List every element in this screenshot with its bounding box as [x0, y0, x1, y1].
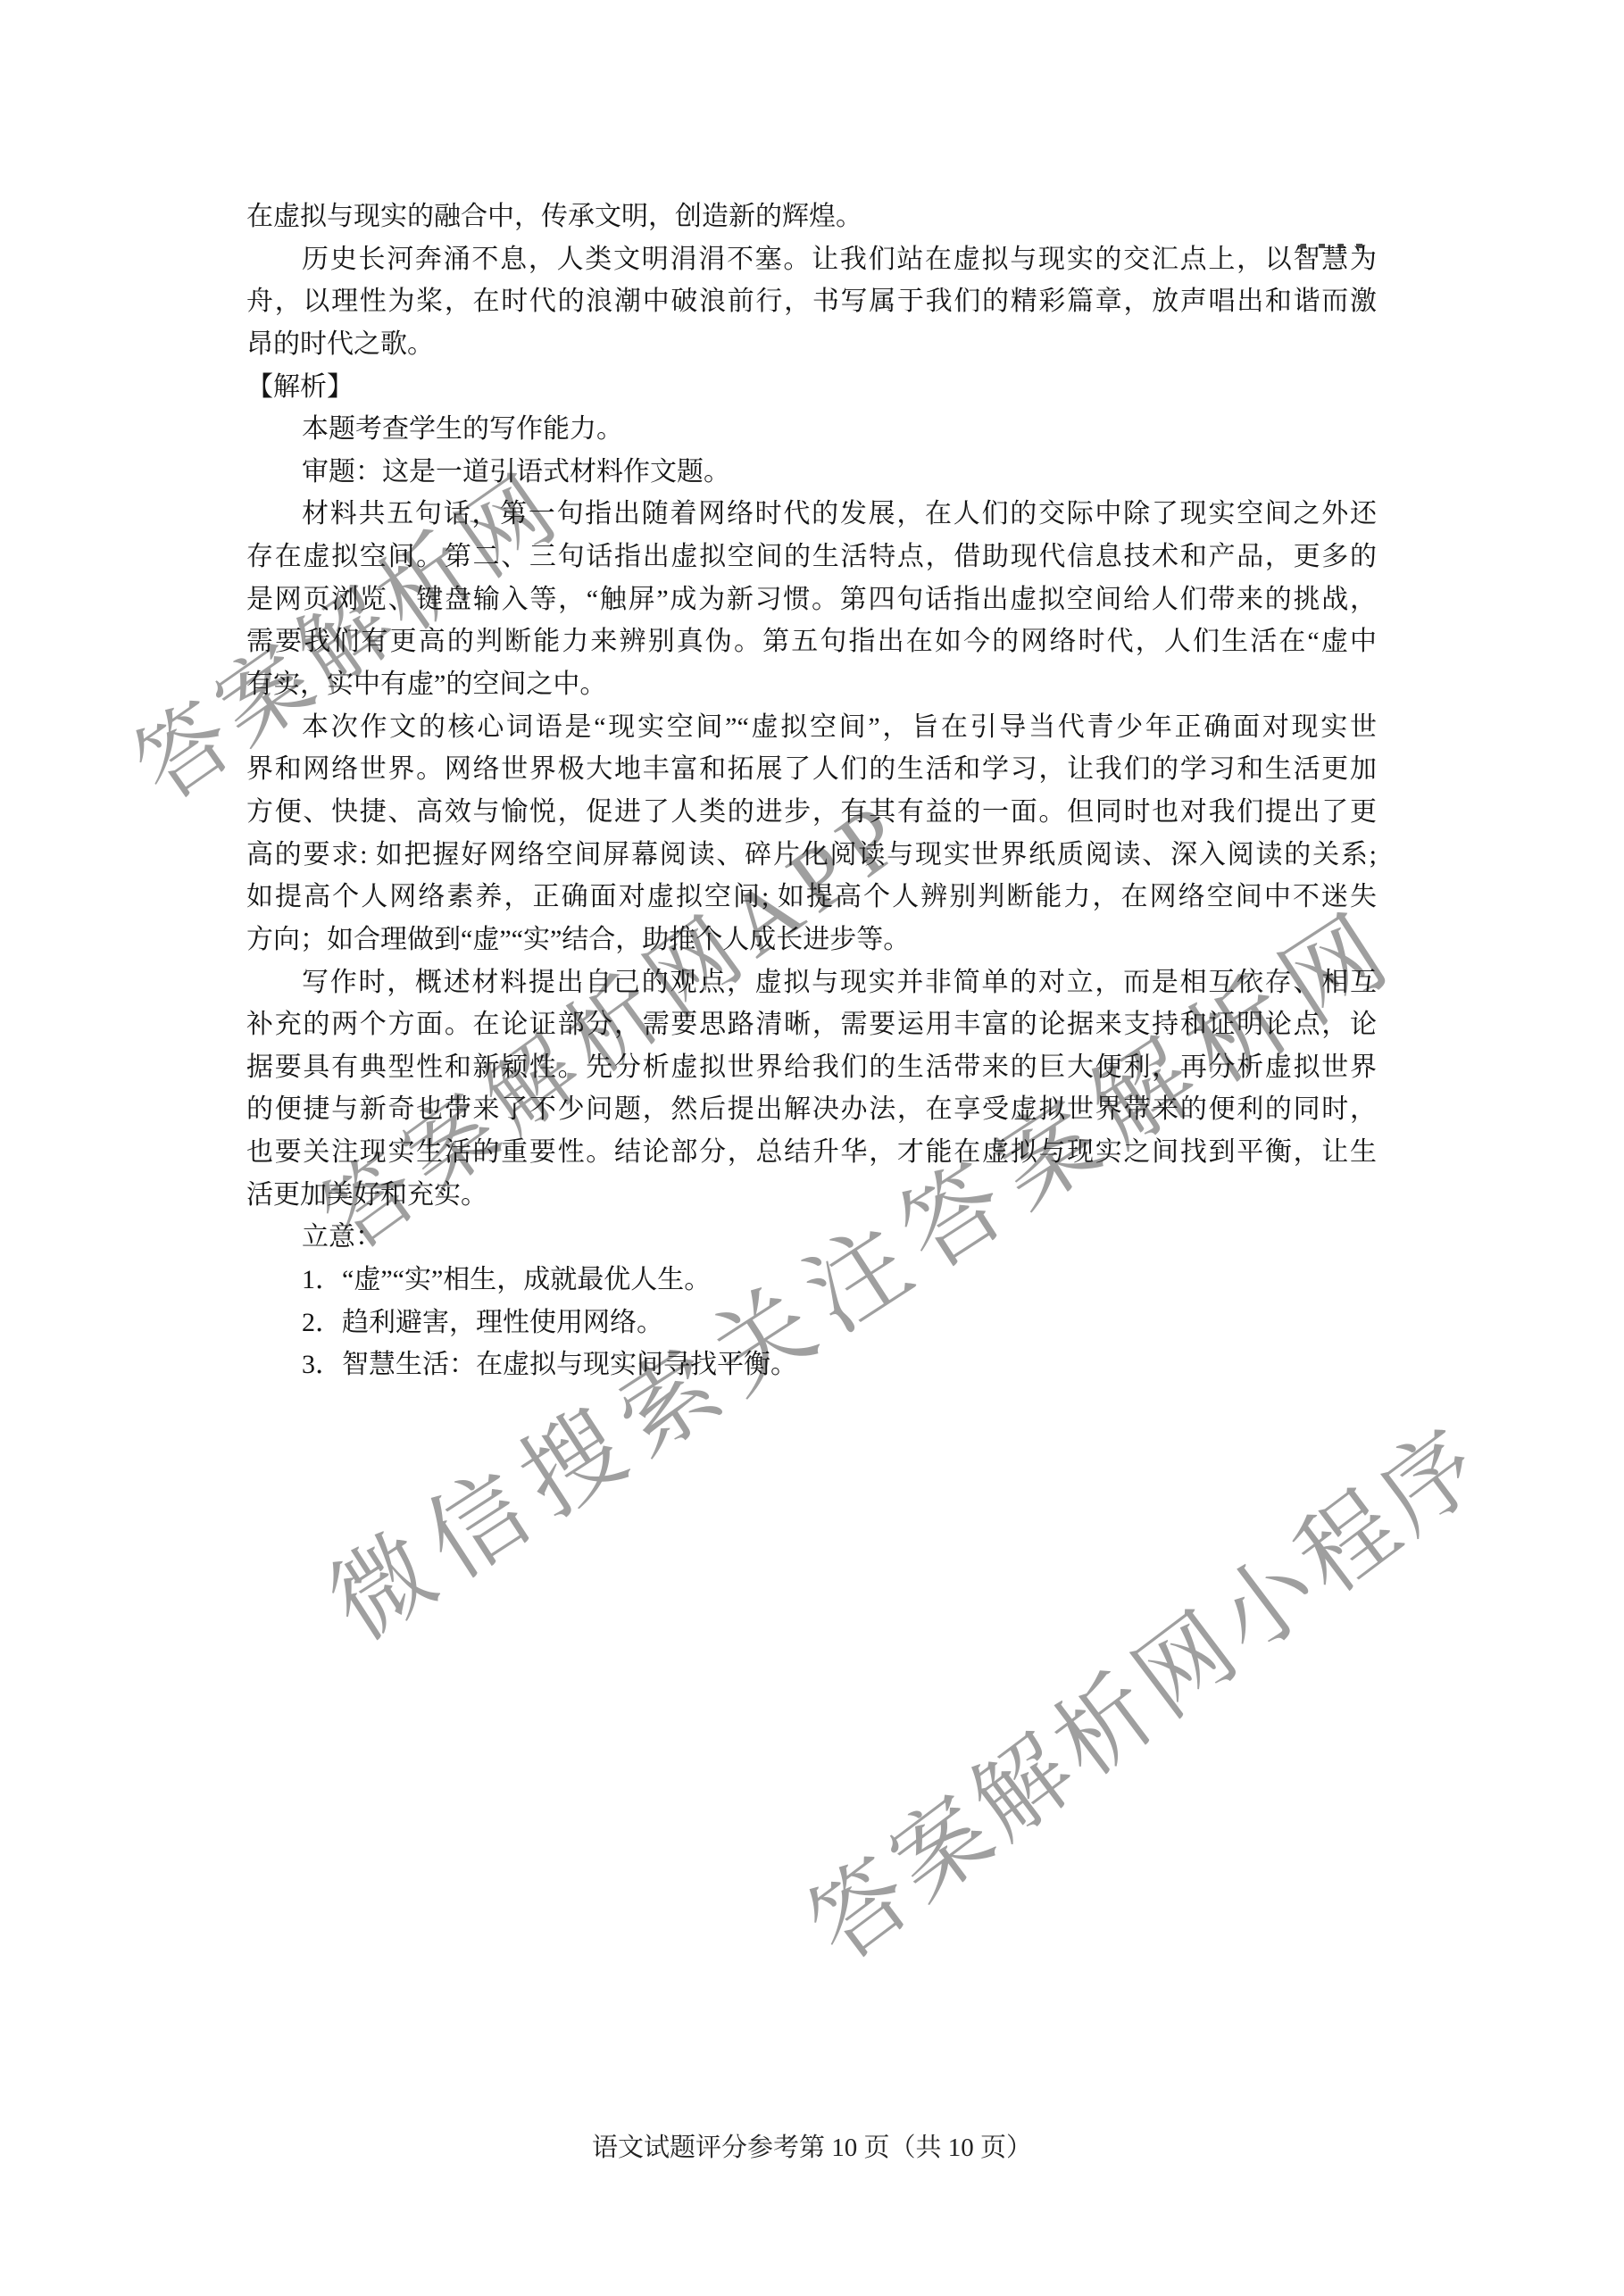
scan-artifact [1300, 244, 1370, 248]
text-line: 据要具有典型性和新颖性。先分析虚拟世界给我们的生活带来的巨大便利，再分析虚拟世界 [246, 1046, 1377, 1089]
text-line: 写作时，概述材料提出自己的观点，虚拟与现实并非简单的对立，而是相互依存、相互 [246, 961, 1377, 1004]
text-line: 立意： [246, 1216, 1377, 1259]
text-line: 如提高个人网络素养，正确面对虚拟空间; 如提高个人辨别判断能力，在网络空间中不迷… [246, 876, 1377, 919]
text-line: 历史长河奔涌不息，人类文明涓涓不塞。让我们站在虚拟与现实的交汇点上，以智慧为 [246, 238, 1377, 281]
text-line: 也要关注现实生活的重要性。结论部分，总结升华，才能在虚拟与现实之间找到平衡，让生 [246, 1131, 1377, 1174]
text-line: 的便捷与新奇也带来了不少问题，然后提出解决办法，在享受虚拟世界带来的便利的同时， [246, 1088, 1377, 1131]
text-line: 2．趋利避害，理性使用网络。 [246, 1302, 1377, 1344]
document-page: 答案解析网 答案解析网APP 微信搜索关注答案解析网 答案解析网小程序 在虚拟与… [0, 0, 1624, 2296]
text-line: 3．智慧生活：在虚拟与现实间寻找平衡。 [246, 1343, 1377, 1386]
text-line: 需要我们有更高的判断能力来辨别真伪。第五句指出在如今的网络时代，人们生活在“虚中 [246, 620, 1377, 663]
text-line: 方向；如合理做到“虚”“实”结合，助推个人成长进步等。 [246, 919, 1377, 961]
text-line: 活更加美好和充实。 [246, 1174, 1377, 1217]
text-line: 存在虚拟空间。第二、三句话指出虚拟空间的生活特点，借助现代信息技术和产品，更多的 [246, 536, 1377, 578]
text-line: 本次作文的核心词语是“现实空间”“虚拟空间”，旨在引导当代青少年正确面对现实世 [246, 706, 1377, 749]
text-line: 有实，实中有虚”的空间之中。 [246, 663, 1377, 706]
text-line: 材料共五句话，第一句指出随着网络时代的发展，在人们的交际中除了现实空间之外还 [246, 493, 1377, 536]
watermark-mini-program: 答案解析网小程序 [777, 1388, 1509, 1986]
text-line: 方便、快捷、高效与愉悦，促进了人类的进步，有其有益的一面。但同时也对我们提出了更 [246, 791, 1377, 834]
text-line: 高的要求: 如把握好网络空间屏幕阅读、碎片化阅读与现实世界纸质阅读、深入阅读的关… [246, 834, 1377, 877]
text-block: 在虚拟与现实的融合中，传承文明，创造新的辉煌。历史长河奔涌不息，人类文明涓涓不塞… [246, 195, 1377, 1386]
text-line: 【解析】 [246, 366, 1377, 409]
text-line: 是网页浏览、键盘输入等，“触屏”成为新习惯。第四句话指出虚拟空间给人们带来的挑战… [246, 578, 1377, 621]
text-line: 舟，以理性为桨，在时代的浪潮中破浪前行，书写属于我们的精彩篇章，放声唱出和谐而激 [246, 280, 1377, 323]
page-footer: 语文试题评分参考第 10 页（共 10 页） [0, 2127, 1624, 2164]
text-line: 界和网络世界。网络世界极大地丰富和拓展了人们的生活和学习，让我们的学习和生活更加 [246, 748, 1377, 791]
text-line: 本题考查学生的写作能力。 [246, 408, 1377, 451]
text-line: 昂的时代之歌。 [246, 323, 1377, 366]
text-line: 1．“虚”“实”相生，成就最优人生。 [246, 1259, 1377, 1302]
text-line: 在虚拟与现实的融合中，传承文明，创造新的辉煌。 [246, 195, 1377, 238]
text-line: 审题：这是一道引语式材料作文题。 [246, 451, 1377, 494]
text-line: 补充的两个方面。在论证部分，需要思路清晰，需要运用丰富的论据来支持和证明论点，论 [246, 1003, 1377, 1046]
